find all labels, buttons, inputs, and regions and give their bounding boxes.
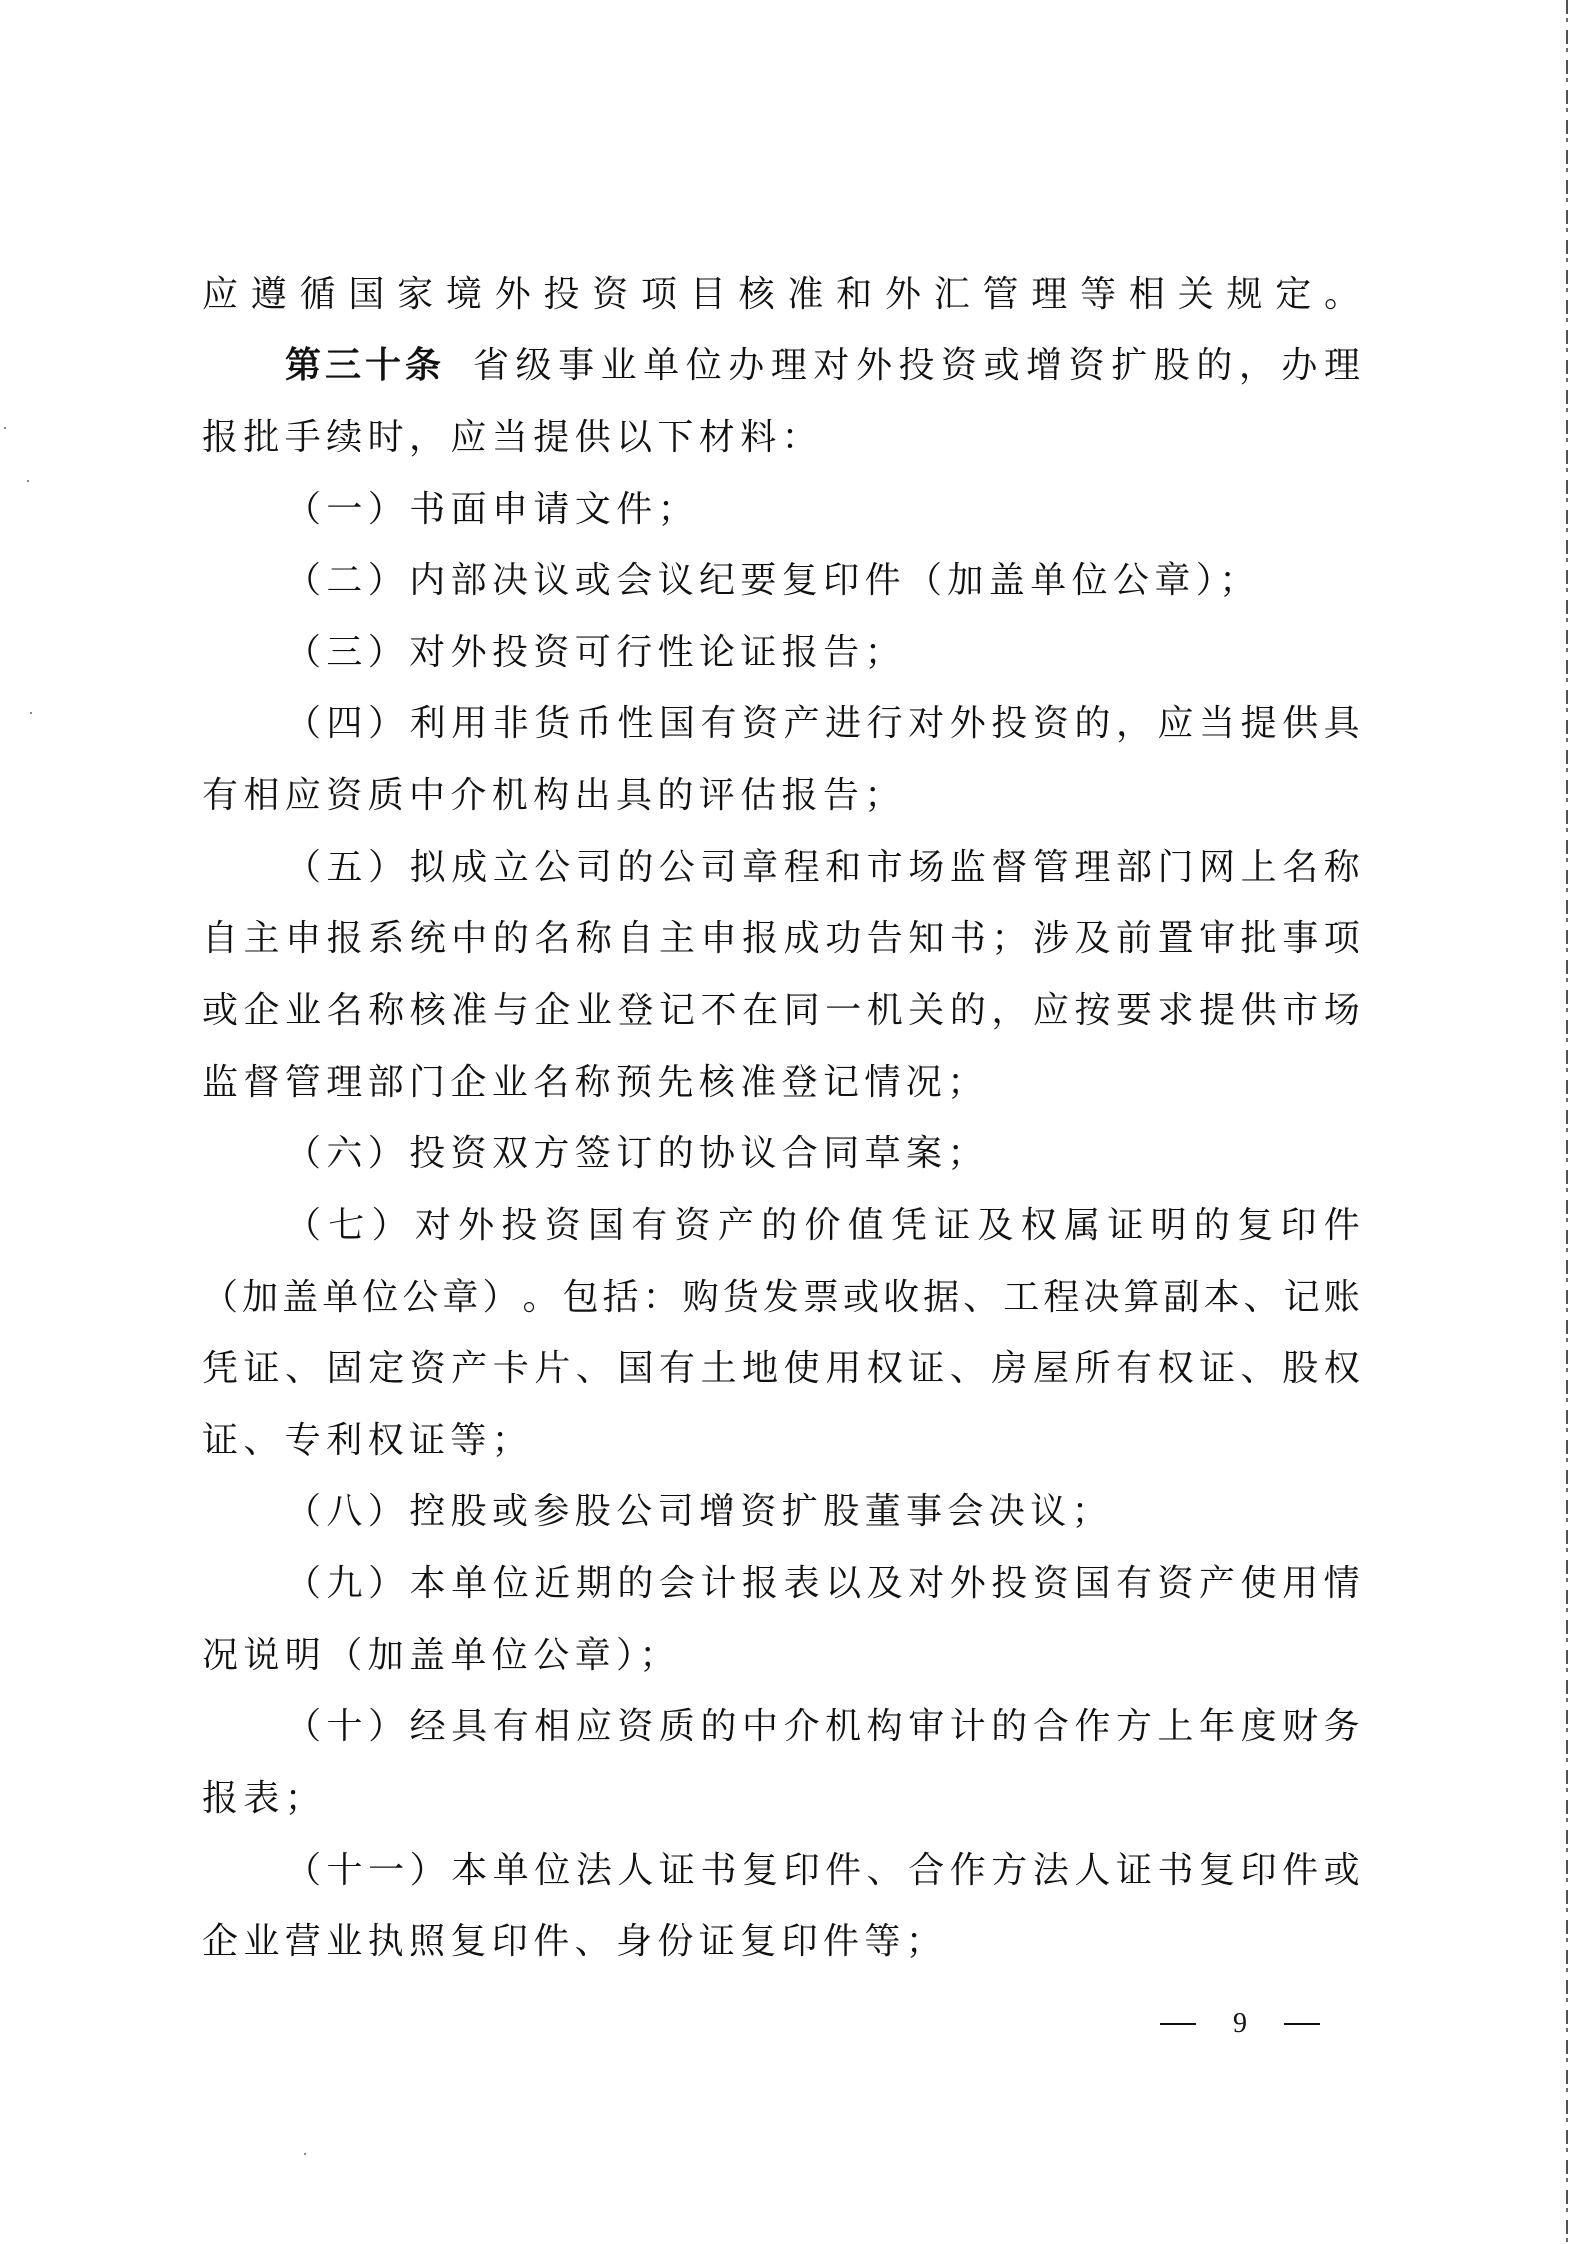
scan-speck: [27, 480, 29, 482]
list-item-7-line-3: 凭证、固定资产卡片、国有土地使用权证、房屋所有权证、股权: [202, 1339, 1360, 1399]
list-item-10-line-2: 报表；: [202, 1769, 1360, 1829]
scan-edge-line: [1566, 0, 1568, 2244]
list-item-5-line-1: （五）拟成立公司的公司章程和市场监督管理部门网上名称: [285, 838, 1360, 898]
list-item-5-line-2: 自主申报系统中的名称自主申报成功告知书；涉及前置审批事项: [202, 909, 1360, 969]
list-item-2: （二）内部决议或会议纪要复印件（加盖单位公章）；: [285, 551, 1360, 611]
article-intro-text: 省级事业单位办理对外投资或增资扩股的，办理: [473, 336, 1360, 396]
page-number-value: 9: [1233, 2006, 1247, 2042]
list-item-5-line-3: 或企业名称核准与企业登记不在同一机关的，应按要求提供市场: [202, 981, 1360, 1041]
scan-speck: [30, 712, 32, 714]
list-item-7-line-2: （加盖单位公章）。包括：购货发票或收据、工程决算副本、记账: [202, 1268, 1360, 1328]
page-number-right-dash: [1284, 2023, 1320, 2025]
list-item-6: （六）投资双方签订的协议合同草案；: [285, 1124, 1360, 1184]
page-number-left-dash: [1160, 2023, 1196, 2025]
list-item-5-line-4: 监督管理部门企业名称预先核准登记情况；: [202, 1053, 1360, 1113]
list-item-1: （一）书面申请文件；: [285, 480, 1360, 540]
list-item-9-line-2: 况说明（加盖单位公章）；: [202, 1626, 1360, 1686]
article-intro-line-2: 报批手续时，应当提供以下材料：: [202, 408, 1360, 468]
scan-speck: [304, 2153, 306, 2155]
list-item-4-line-1: （四）利用非货币性国有资产进行对外投资的，应当提供具: [285, 694, 1360, 754]
list-item-4-line-2: 有相应资质中介机构出具的评估报告；: [202, 766, 1360, 826]
list-item-11-line-1: （十一）本单位法人证书复印件、合作方法人证书复印件或: [285, 1841, 1360, 1901]
list-item-7-line-1: （七）对外投资国有资产的价值凭证及权属证明的复印件: [285, 1196, 1360, 1256]
list-item-3: （三）对外投资可行性论证报告；: [285, 623, 1360, 683]
article-intro-line-1: 第三十条省级事业单位办理对外投资或增资扩股的，办理: [285, 336, 1360, 396]
carryover-line: 应遵循国家境外投资项目核准和外汇管理等相关规定。: [202, 265, 1360, 325]
article-heading: 第三十条: [285, 336, 445, 396]
page-number: 9: [1160, 2006, 1320, 2042]
list-item-7-line-4: 证、专利权证等；: [202, 1411, 1360, 1471]
scan-speck: [463, 1578, 465, 1580]
list-item-8: （八）控股或参股公司增资扩股董事会决议；: [285, 1482, 1360, 1542]
document-page: 应遵循国家境外投资项目核准和外汇管理等相关规定。 第三十条省级事业单位办理对外投…: [0, 0, 1588, 2244]
scan-speck: [4, 427, 6, 429]
list-item-11-line-2: 企业营业执照复印件、身份证复印件等；: [202, 1912, 1360, 1972]
list-item-10-line-1: （十）经具有相应资质的中介机构审计的合作方上年度财务: [285, 1697, 1360, 1757]
list-item-9-line-1: （九）本单位近期的会计报表以及对外投资国有资产使用情: [285, 1554, 1360, 1614]
